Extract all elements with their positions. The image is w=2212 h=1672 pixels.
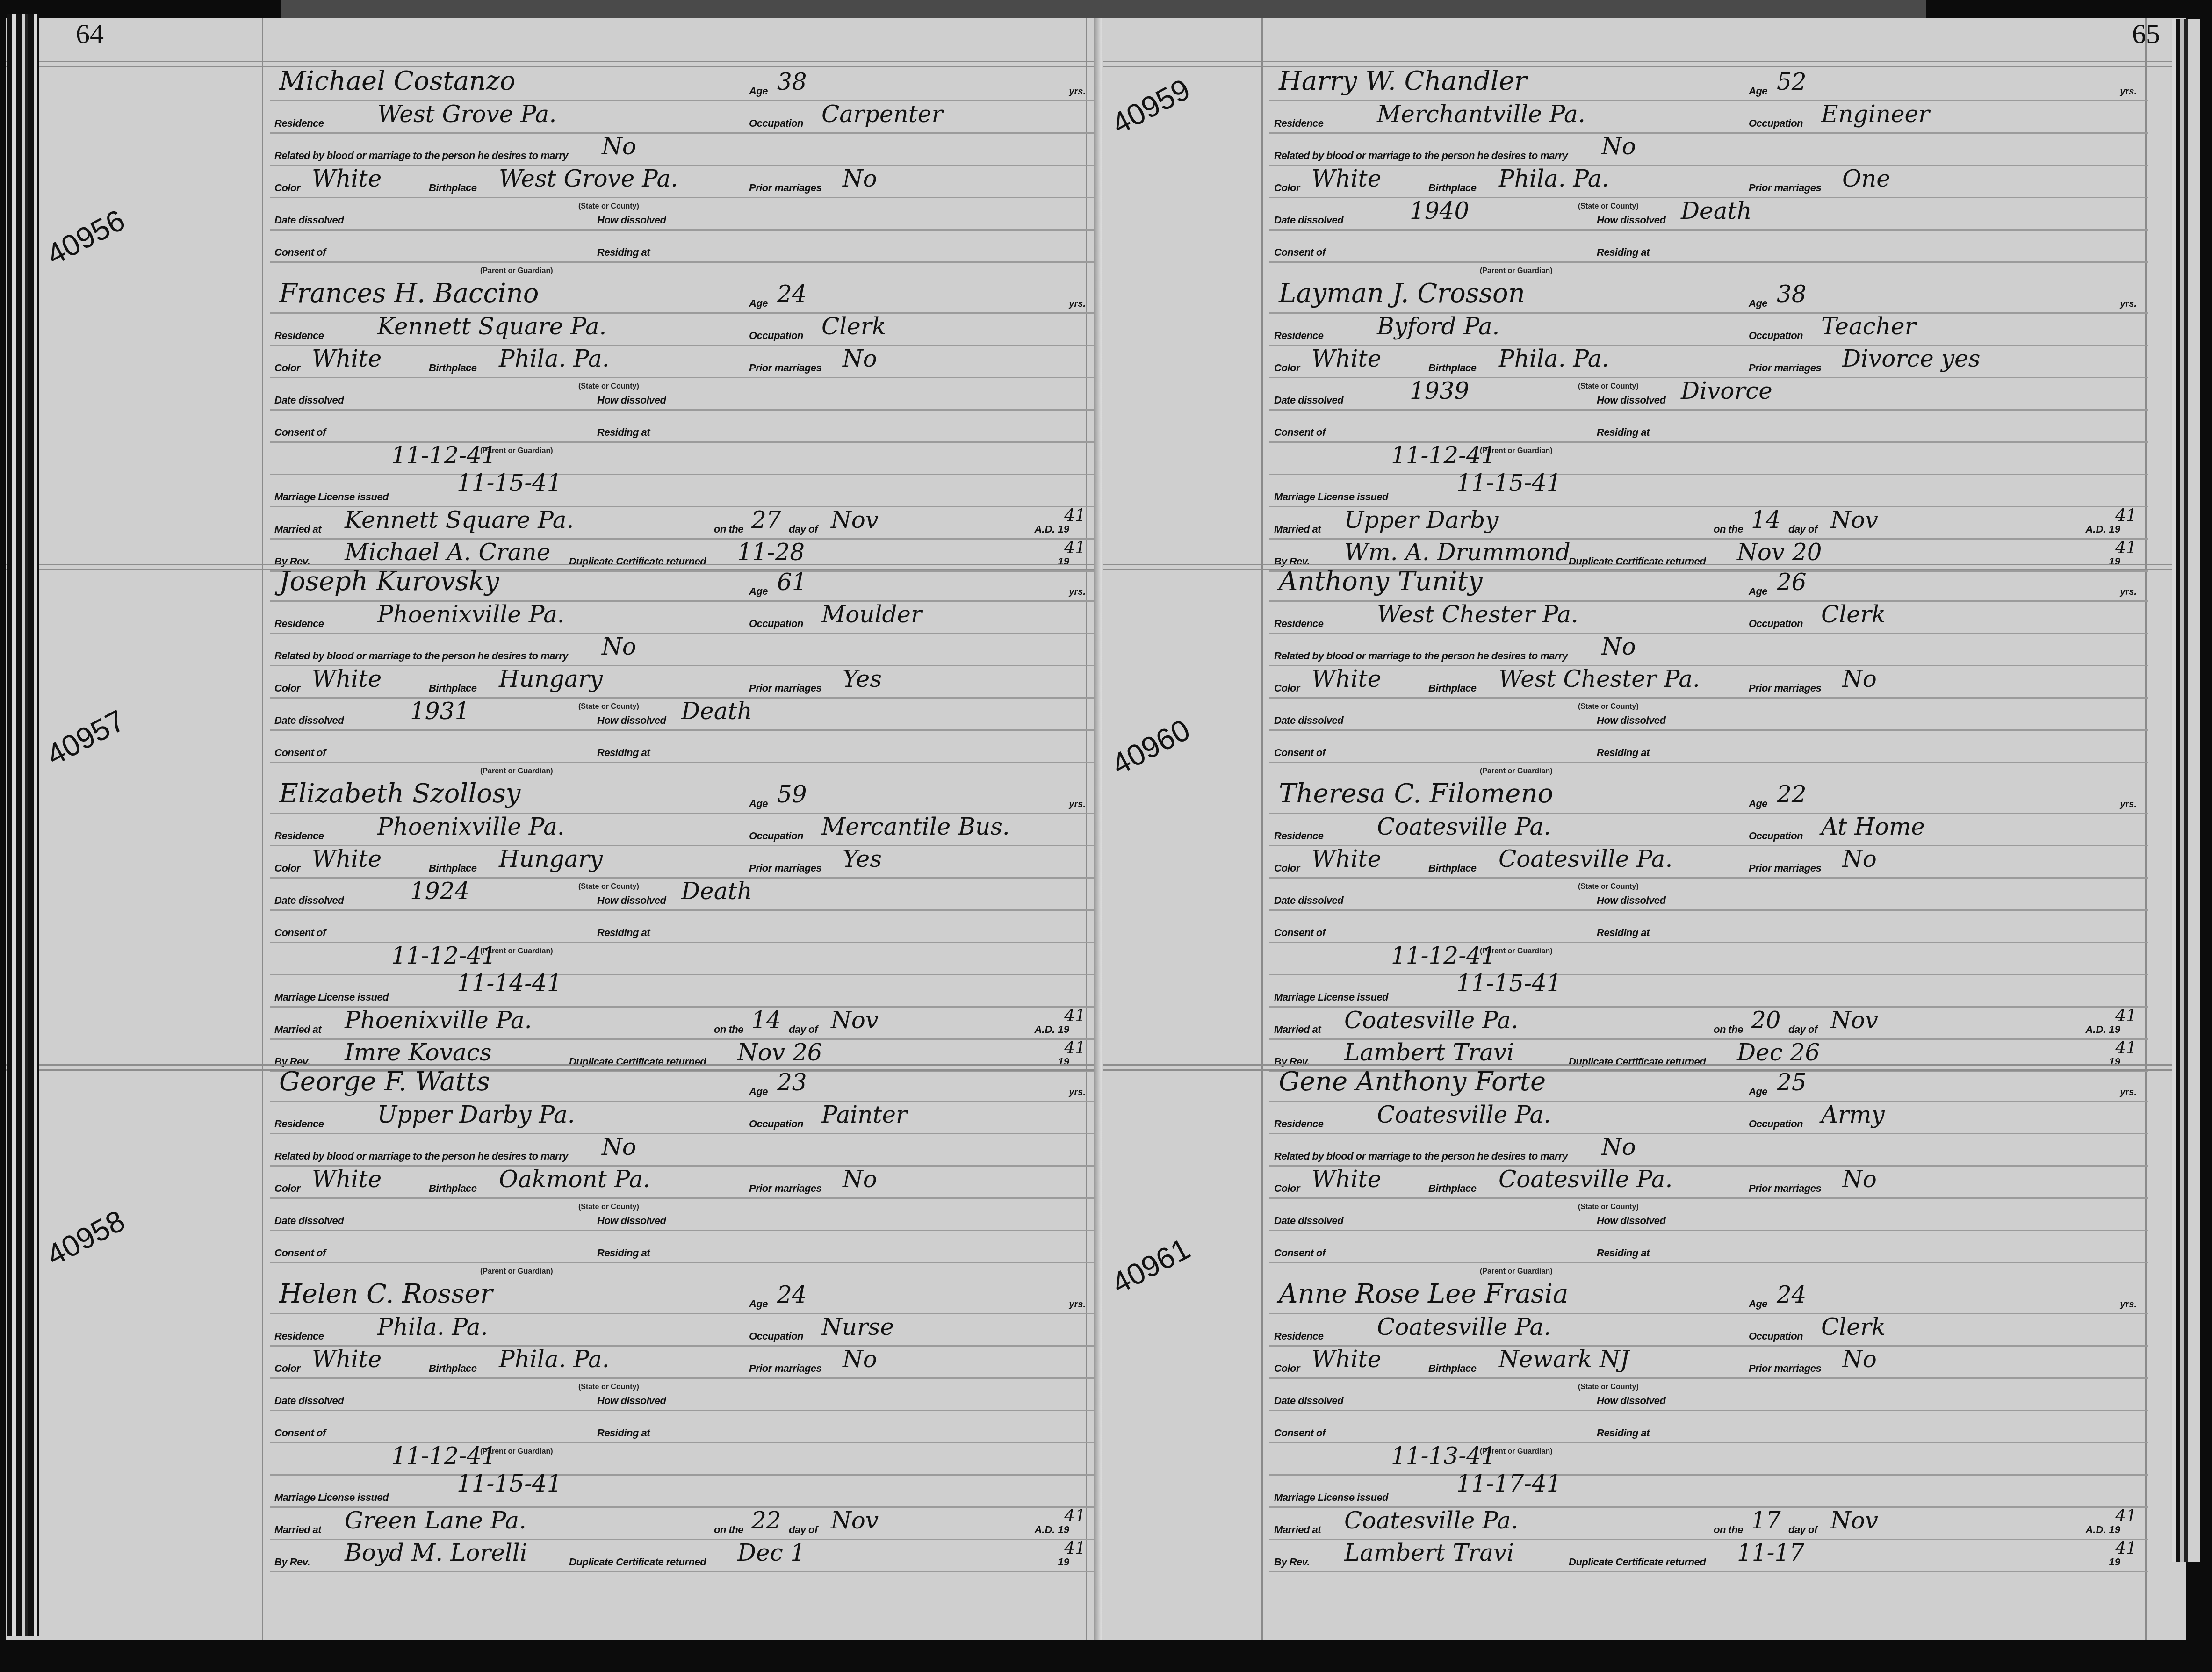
form-line: ColorWhiteBirthplaceHungary(State or Cou… (270, 666, 1097, 699)
parent-guardian-caption: (Parent or Guardian) (480, 1268, 553, 1276)
prior-marriages-entry: No (1842, 665, 1877, 692)
occupation-label: Occupation (749, 1330, 803, 1342)
form-line: Consent of(Parent or Guardian)Residing a… (1269, 411, 2148, 443)
date-dissolved-entry: 1940 (1410, 197, 1469, 224)
day-entry: 27 (751, 506, 781, 533)
color-entry: White (1311, 1346, 1381, 1373)
form-line: Harry W. ChandlerAge52yrs. (1269, 69, 2148, 101)
birthplace-label: Birthplace (1428, 682, 1477, 694)
form-line: Marriage License issued11-15-41 (1269, 975, 2148, 1008)
duplicate-year-entry: 41 (2115, 1038, 2137, 1058)
on-the-label: on the (714, 1524, 743, 1536)
form-line: Elizabeth SzollosyAge59yrs. (270, 782, 1097, 814)
form-line: Marriage License issued11-15-41 (270, 1476, 1097, 1508)
residence-label: Residence (1274, 618, 1324, 630)
form-line: Date dissolvedHow dissolved (1269, 1379, 2148, 1411)
color-label: Color (1274, 362, 1300, 374)
residing-at-label: Residing at (597, 426, 650, 439)
color-entry: White (1311, 345, 1381, 372)
form-line: Consent of(Parent or Guardian)Residing a… (270, 1411, 1097, 1443)
prior-marriages-label: Prior marriages (749, 1362, 821, 1375)
form-line: Date dissolved1924How dissolvedDeath (270, 879, 1097, 911)
how-dissolved-label: How dissolved (1597, 394, 1666, 406)
form-line: ResidenceUpper Darby Pa.OccupationPainte… (270, 1102, 1097, 1134)
form-line: Related by blood or marriage to the pers… (1269, 134, 2148, 166)
related-entry: No (602, 133, 636, 160)
page-number: 64 (76, 18, 104, 50)
birthplace-entry: Phila. Pa. (499, 345, 610, 372)
residing-at-label: Residing at (1597, 1247, 1650, 1259)
color-entry: White (1311, 165, 1381, 192)
age-entry: 38 (1777, 281, 1807, 308)
yrs-label: yrs. (1069, 1087, 1086, 1098)
form-line: Date dissolved1931How dissolvedDeath (270, 699, 1097, 731)
name-entry: Joseph Kurovsky (279, 566, 499, 597)
parent-guardian-caption: (Parent or Guardian) (1480, 1268, 1553, 1276)
age-entry: 25 (1777, 1069, 1807, 1096)
day-of-label: day of (1788, 1023, 1817, 1036)
residence-label: Residence (274, 830, 324, 842)
birthplace-entry: Coatesville Pa. (1499, 845, 1672, 872)
occupation-label: Occupation (1749, 618, 1803, 630)
occupation-label: Occupation (749, 117, 803, 130)
name-entry: Helen C. Rosser (279, 1279, 493, 1309)
form-line: Married atCoatesville Pa.on the17day ofN… (1269, 1508, 2148, 1540)
parent-guardian-caption: (Parent or Guardian) (480, 267, 553, 275)
residence-entry: West Grove Pa. (377, 101, 556, 128)
occupation-entry: Clerk (1821, 601, 1886, 628)
form-line: Joseph KurovskyAge61yrs. (270, 569, 1097, 602)
name-entry: Gene Anthony Forte (1279, 1067, 1546, 1097)
color-label: Color (274, 182, 300, 194)
form-line: ColorWhiteBirthplacePhila. Pa.(State or … (270, 346, 1097, 378)
color-entry: White (312, 1346, 382, 1373)
form-line: ColorWhiteBirthplaceCoatesville Pa.(Stat… (1269, 846, 2148, 879)
color-label: Color (1274, 182, 1300, 194)
form-line: Related by blood or marriage to the pers… (1269, 634, 2148, 666)
date-dissolved-label: Date dissolved (274, 894, 344, 907)
date-dissolved-label: Date dissolved (274, 714, 344, 727)
date-dissolved-label: Date dissolved (274, 394, 344, 406)
date-dissolved-label: Date dissolved (1274, 1215, 1343, 1227)
form-line: Related by blood or marriage to the pers… (270, 134, 1097, 166)
birthplace-entry: Newark NJ (1499, 1346, 1629, 1373)
book-binding-top (281, 0, 1926, 19)
yrs-label: yrs. (1069, 86, 1086, 97)
record-number: 40959 (1106, 72, 1196, 141)
day-of-label: day of (1788, 1524, 1817, 1536)
form-line: Marriage License issued11-17-41 (1269, 1476, 2148, 1508)
birthplace-entry: Hungary (499, 845, 603, 872)
form-line: Marriage License issued11-14-41 (270, 975, 1097, 1008)
year-entry: 41 (1064, 1506, 1086, 1526)
bride-block: Helen C. RosserAge24yrs.ResidencePhila. … (270, 1282, 1097, 1443)
marriage-record: 40960Anthony TunityAge26yrs.ResidenceWes… (1103, 569, 2186, 1070)
day-of-label: day of (789, 523, 818, 535)
occupation-entry: Mercantile Bus. (821, 813, 1010, 840)
occupation-label: Occupation (1749, 330, 1803, 342)
age-label: Age (749, 1086, 768, 1098)
on-the-label: on the (1714, 1524, 1743, 1536)
license-issued-label: Marriage License issued (1274, 491, 1388, 503)
color-label: Color (1274, 1362, 1300, 1375)
married-at-label: Married at (1274, 523, 1321, 535)
occupation-label: Occupation (1749, 830, 1803, 842)
age-label: Age (1749, 297, 1767, 310)
form-line: Related by blood or marriage to the pers… (1269, 1134, 2148, 1167)
record-number: 40961 (1106, 1231, 1196, 1301)
day-entry: 17 (1751, 1507, 1781, 1534)
prior-marriages-label: Prior marriages (749, 182, 821, 194)
residing-at-label: Residing at (1597, 927, 1650, 939)
parent-guardian-caption: (Parent or Guardian) (1480, 267, 1553, 275)
prior-marriages-label: Prior marriages (1749, 682, 1821, 694)
residence-label: Residence (1274, 830, 1324, 842)
color-entry: White (1311, 845, 1381, 872)
consent-of-label: Consent of (1274, 246, 1326, 259)
record-number: 40956 (41, 202, 130, 272)
date-dissolved-label: Date dissolved (274, 214, 344, 226)
license-issued-label: Marriage License issued (274, 491, 389, 503)
prior-marriages-entry: Yes (843, 665, 882, 692)
married-at-label: Married at (274, 523, 321, 535)
how-dissolved-entry: Death (1681, 197, 1752, 224)
occupation-entry: Moulder (821, 601, 922, 628)
color-entry: White (312, 665, 382, 692)
consent-of-label: Consent of (274, 426, 326, 439)
name-entry: Theresa C. Filomeno (1279, 778, 1553, 809)
birthplace-entry: Oakmont Pa. (499, 1166, 650, 1193)
residence-label: Residence (1274, 330, 1324, 342)
form-line: Married atUpper Darbyon the14day ofNovA.… (1269, 507, 2148, 540)
marriage-record: 40958George F. WattsAge23yrs.ResidenceUp… (6, 1070, 1098, 1570)
residence-label: Residence (274, 330, 324, 342)
color-label: Color (274, 1362, 300, 1375)
residence-entry: Coatesville Pa. (1377, 1313, 1551, 1340)
residence-label: Residence (1274, 1118, 1324, 1130)
form-line: Consent of(Parent or Guardian)Residing a… (270, 911, 1097, 943)
application-date-entry: 11-12-41 (391, 1442, 497, 1470)
form-line: ResidencePhoenixville Pa.OccupationMould… (270, 602, 1097, 634)
form-line: 11-12-41 (1269, 443, 2148, 475)
consent-of-label: Consent of (1274, 426, 1326, 439)
form-line: Related by blood or marriage to the pers… (270, 1134, 1097, 1167)
birthplace-entry: Phila. Pa. (1499, 345, 1609, 372)
date-dissolved-entry: 1924 (410, 878, 469, 905)
occupation-label: Occupation (749, 1118, 803, 1130)
residence-label: Residence (1274, 1330, 1324, 1342)
residence-entry: Coatesville Pa. (1377, 1101, 1551, 1128)
age-label: Age (749, 297, 768, 310)
residing-at-label: Residing at (1597, 747, 1650, 759)
how-dissolved-entry: Divorce (1681, 377, 1772, 404)
year-entry: 41 (1064, 1006, 1086, 1025)
license-issued-entry: 11-15-41 (1456, 970, 1562, 997)
form-line: Consent of(Parent or Guardian)Residing a… (270, 411, 1097, 443)
how-dissolved-label: How dissolved (1597, 1395, 1666, 1407)
name-entry: Michael Costanzo (279, 66, 515, 96)
yrs-label: yrs. (2120, 799, 2137, 810)
by-rev-label: By Rev. (274, 1556, 310, 1568)
consent-of-label: Consent of (274, 747, 326, 759)
related-entry: No (1601, 133, 1636, 160)
yrs-label: yrs. (2120, 587, 2137, 598)
form-line: ResidenceWest Chester Pa.OccupationClerk (1269, 602, 2148, 634)
prior-marriages-entry: No (843, 1166, 877, 1193)
color-label: Color (1274, 682, 1300, 694)
residing-at-label: Residing at (1597, 246, 1650, 259)
groom-block: George F. WattsAge23yrs.ResidenceUpper D… (270, 1070, 1097, 1263)
form-line: ResidenceCoatesville Pa.OccupationAt Hom… (1269, 814, 2148, 846)
related-entry: No (602, 633, 636, 660)
header-rule (1103, 61, 2186, 67)
officiant-entry: Boyd M. Lorelli (345, 1539, 527, 1566)
application-date-entry: 11-13-41 (1391, 1442, 1496, 1470)
occupation-entry: Teacher (1821, 313, 1916, 340)
name-entry: Elizabeth Szollosy (279, 778, 520, 809)
name-entry: Anne Rose Lee Frasia (1279, 1279, 1568, 1309)
how-dissolved-entry: Death (681, 698, 752, 725)
by-rev-label: By Rev. (1274, 1556, 1310, 1568)
birthplace-label: Birthplace (1428, 862, 1477, 874)
record-number: 40958 (41, 1203, 130, 1273)
page-right: 65 40959Harry W. ChandlerAge52yrs.Reside… (1103, 18, 2186, 1640)
color-label: Color (1274, 862, 1300, 874)
form-line: By Rev.Lambert TraviDuplicate Certificat… (1269, 1540, 2148, 1572)
residence-entry: Merchantville Pa. (1377, 101, 1585, 128)
how-dissolved-label: How dissolved (597, 894, 666, 907)
duplicate-year-entry: 41 (2115, 1539, 2137, 1558)
duplicate-year-entry: 41 (1064, 1038, 1086, 1058)
birthplace-label: Birthplace (1428, 182, 1477, 194)
prior-marriages-label: Prior marriages (1749, 182, 1821, 194)
bride-block: Theresa C. FilomenoAge22yrs.ResidenceCoa… (1269, 782, 2148, 943)
book-edge-left (7, 14, 39, 1636)
age-entry: 38 (777, 68, 807, 95)
birthplace-label: Birthplace (429, 682, 477, 694)
form-line: Helen C. RosserAge24yrs. (270, 1282, 1097, 1314)
age-entry: 26 (1777, 569, 1807, 596)
duplicate-returned-entry: Nov 26 (737, 1039, 822, 1066)
groom-block: Harry W. ChandlerAge52yrs.ResidenceMerch… (1269, 69, 2148, 263)
date-dissolved-label: Date dissolved (274, 1215, 344, 1227)
birthplace-entry: Phila. Pa. (499, 1346, 610, 1373)
related-entry: No (602, 1133, 636, 1160)
form-line: ResidenceMerchantville Pa.OccupationEngi… (1269, 101, 2148, 134)
yrs-label: yrs. (2120, 1087, 2137, 1098)
form-line: 11-12-41 (270, 443, 1097, 475)
related-label: Related by blood or marriage to the pers… (274, 150, 568, 162)
prior-marriages-entry: No (843, 165, 877, 192)
yrs-label: yrs. (1069, 799, 1086, 810)
form-line: ResidenceByford Pa.OccupationTeacher (1269, 314, 2148, 346)
color-label: Color (274, 1182, 300, 1195)
birthplace-label: Birthplace (1428, 1182, 1477, 1195)
age-entry: 24 (777, 1281, 807, 1308)
birthplace-label: Birthplace (429, 1182, 477, 1195)
date-dissolved-entry: 1931 (410, 698, 469, 725)
residing-at-label: Residing at (1597, 1427, 1650, 1439)
age-label: Age (749, 85, 768, 97)
color-entry: White (1311, 665, 1381, 692)
license-issued-entry: 11-15-41 (457, 1470, 562, 1497)
age-entry: 23 (777, 1069, 807, 1096)
day-entry: 20 (1751, 1007, 1781, 1034)
license-issued-label: Marriage License issued (274, 1492, 389, 1504)
form-line: By Rev.Boyd M. LorelliDuplicate Certific… (270, 1540, 1097, 1572)
name-entry: Layman J. Crosson (1279, 278, 1525, 309)
form-line: ColorWhiteBirthplaceWest Chester Pa.(Sta… (1269, 666, 2148, 699)
age-label: Age (749, 585, 768, 598)
form-line: Marriage License issued11-15-41 (1269, 475, 2148, 507)
prior-marriages-label: Prior marriages (749, 1182, 821, 1195)
date-dissolved-label: Date dissolved (1274, 394, 1343, 406)
form-line: ResidencePhoenixville Pa.OccupationMerca… (270, 814, 1097, 846)
birthplace-label: Birthplace (1428, 1362, 1477, 1375)
birthplace-entry: Coatesville Pa. (1499, 1166, 1672, 1193)
date-dissolved-label: Date dissolved (1274, 214, 1343, 226)
officiant-entry: Wm. A. Drummond (1344, 539, 1571, 566)
birthplace-label: Birthplace (429, 1362, 477, 1375)
record-number: 40960 (1106, 712, 1196, 782)
residence-entry: Phila. Pa. (377, 1313, 488, 1340)
duplicate-returned-label: Duplicate Certificate returned (1569, 1556, 1706, 1568)
age-label: Age (749, 798, 768, 810)
application-date-entry: 11-12-41 (1391, 442, 1496, 469)
marriage-record: 40961Gene Anthony ForteAge25yrs.Residenc… (1103, 1070, 2186, 1570)
occupation-entry: Painter (821, 1101, 907, 1128)
age-entry: 61 (777, 569, 807, 596)
parent-guardian-caption: (Parent or Guardian) (480, 767, 553, 776)
residence-entry: Phoenixville Pa. (377, 813, 565, 840)
month-entry: Nov (831, 1007, 879, 1034)
birthplace-label: Birthplace (429, 182, 477, 194)
prior-marriages-label: Prior marriages (749, 682, 821, 694)
parent-guardian-caption: (Parent or Guardian) (1480, 767, 1553, 776)
form-line: Marriage License issued11-15-41 (270, 475, 1097, 507)
how-dissolved-label: How dissolved (597, 394, 666, 406)
residence-entry: Upper Darby Pa. (377, 1101, 575, 1128)
yrs-label: yrs. (1069, 587, 1086, 598)
bride-block: Layman J. CrossonAge38yrs.ResidenceByfor… (1269, 281, 2148, 443)
how-dissolved-label: How dissolved (597, 1395, 666, 1407)
record-form: Gene Anthony ForteAge25yrs.ResidenceCoat… (1269, 1070, 2148, 1572)
duplicate-returned-entry: Nov 20 (1737, 539, 1822, 566)
duplicate-year-entry: 41 (1064, 1539, 1086, 1558)
license-issued-entry: 11-15-41 (457, 469, 562, 497)
date-dissolved-label: Date dissolved (1274, 1395, 1343, 1407)
birthplace-label: Birthplace (1428, 362, 1477, 374)
marriage-record: 40959Harry W. ChandlerAge52yrs.Residence… (1103, 69, 2186, 569)
age-entry: 24 (1777, 1281, 1807, 1308)
record-form: Michael CostanzoAge38yrs.ResidenceWest G… (270, 69, 1097, 572)
consent-of-label: Consent of (1274, 1247, 1326, 1259)
name-entry: Harry W. Chandler (1279, 66, 1527, 96)
on-the-label: on the (1714, 1023, 1743, 1036)
age-entry: 52 (1777, 68, 1807, 95)
license-issued-entry: 11-15-41 (1456, 469, 1562, 497)
age-label: Age (1749, 1086, 1767, 1098)
form-line: Married atKennett Square Pa.on the27day … (270, 507, 1097, 540)
occupation-label: Occupation (1749, 1118, 1803, 1130)
married-at-entry: Coatesville Pa. (1344, 1507, 1518, 1534)
form-line: ResidenceCoatesville Pa.OccupationClerk (1269, 1314, 2148, 1347)
residing-at-label: Residing at (1597, 426, 1650, 439)
prior-marriages-label: Prior marriages (1749, 362, 1821, 374)
groom-block: Anthony TunityAge26yrs.ResidenceWest Che… (1269, 569, 2148, 763)
form-line: Gene Anthony ForteAge25yrs. (1269, 1070, 2148, 1102)
form-line: Frances H. BaccinoAge24yrs. (270, 281, 1097, 314)
form-line: Date dissolved1939How dissolvedDivorce (1269, 378, 2148, 411)
day-of-label: day of (789, 1524, 818, 1536)
yrs-label: yrs. (1069, 299, 1086, 310)
married-at-entry: Upper Darby (1344, 506, 1499, 533)
groom-block: Joseph KurovskyAge61yrs.ResidencePhoenix… (270, 569, 1097, 763)
duplicate-returned-entry: Dec 1 (737, 1539, 805, 1566)
name-entry: Frances H. Baccino (279, 278, 539, 309)
related-label: Related by blood or marriage to the pers… (1274, 1150, 1568, 1162)
residing-at-label: Residing at (597, 927, 650, 939)
age-entry: 59 (777, 781, 807, 808)
consent-of-label: Consent of (1274, 1427, 1326, 1439)
form-line: Consent of(Parent or Guardian)Residing a… (270, 731, 1097, 763)
color-entry: White (312, 845, 382, 872)
form-line: Date dissolvedHow dissolved (270, 1379, 1097, 1411)
bride-block: Frances H. BaccinoAge24yrs.ResidenceKenn… (270, 281, 1097, 443)
month-entry: Nov (1830, 1007, 1878, 1034)
occupation-entry: Engineer (1821, 101, 1930, 128)
residence-label: Residence (274, 117, 324, 130)
groom-block: Michael CostanzoAge38yrs.ResidenceWest G… (270, 69, 1097, 263)
related-entry: No (1601, 1133, 1636, 1160)
occupation-label: Occupation (1749, 1330, 1803, 1342)
how-dissolved-label: How dissolved (1597, 214, 1666, 226)
occupation-entry: Army (1821, 1101, 1885, 1128)
prior-marriages-entry: No (843, 1346, 877, 1373)
age-entry: 22 (1777, 781, 1807, 808)
duplicate-returned-entry: 11-17 (1737, 1539, 1804, 1566)
consent-of-label: Consent of (1274, 747, 1326, 759)
residence-label: Residence (274, 1330, 324, 1342)
how-dissolved-label: How dissolved (597, 214, 666, 226)
age-entry: 24 (777, 281, 807, 308)
birthplace-entry: Hungary (499, 665, 603, 692)
record-number: 40957 (41, 703, 130, 772)
color-label: Color (274, 362, 300, 374)
occupation-entry: At Home (1821, 813, 1925, 840)
year-entry: 41 (2115, 1506, 2137, 1526)
bride-block: Anne Rose Lee FrasiaAge24yrs.ResidenceCo… (1269, 1282, 2148, 1443)
married-at-entry: Phoenixville Pa. (345, 1007, 532, 1034)
form-line: Consent of(Parent or Guardian)Residing a… (1269, 1411, 2148, 1443)
prior-marriages-label: Prior marriages (1749, 862, 1821, 874)
residence-entry: Byford Pa. (1377, 313, 1500, 340)
license-issued-entry: 11-14-41 (457, 970, 562, 997)
residence-entry: West Chester Pa. (1377, 601, 1578, 628)
form-line: Date dissolvedHow dissolved (1269, 1199, 2148, 1231)
duplicate-returned-label: Duplicate Certificate returned (569, 1556, 706, 1568)
related-entry: No (1601, 633, 1636, 660)
date-dissolved-label: Date dissolved (1274, 894, 1343, 907)
birthplace-label: Birthplace (429, 362, 477, 374)
prior-marriages-entry: One (1842, 165, 1890, 192)
on-the-label: on the (714, 523, 743, 535)
form-line: Anne Rose Lee FrasiaAge24yrs. (1269, 1282, 2148, 1314)
license-issued-label: Marriage License issued (1274, 1492, 1388, 1504)
day-entry: 22 (751, 1507, 781, 1534)
form-line: Consent of(Parent or Guardian)Residing a… (1269, 231, 2148, 263)
form-line: Married atGreen Lane Pa.on the22day ofNo… (270, 1508, 1097, 1540)
